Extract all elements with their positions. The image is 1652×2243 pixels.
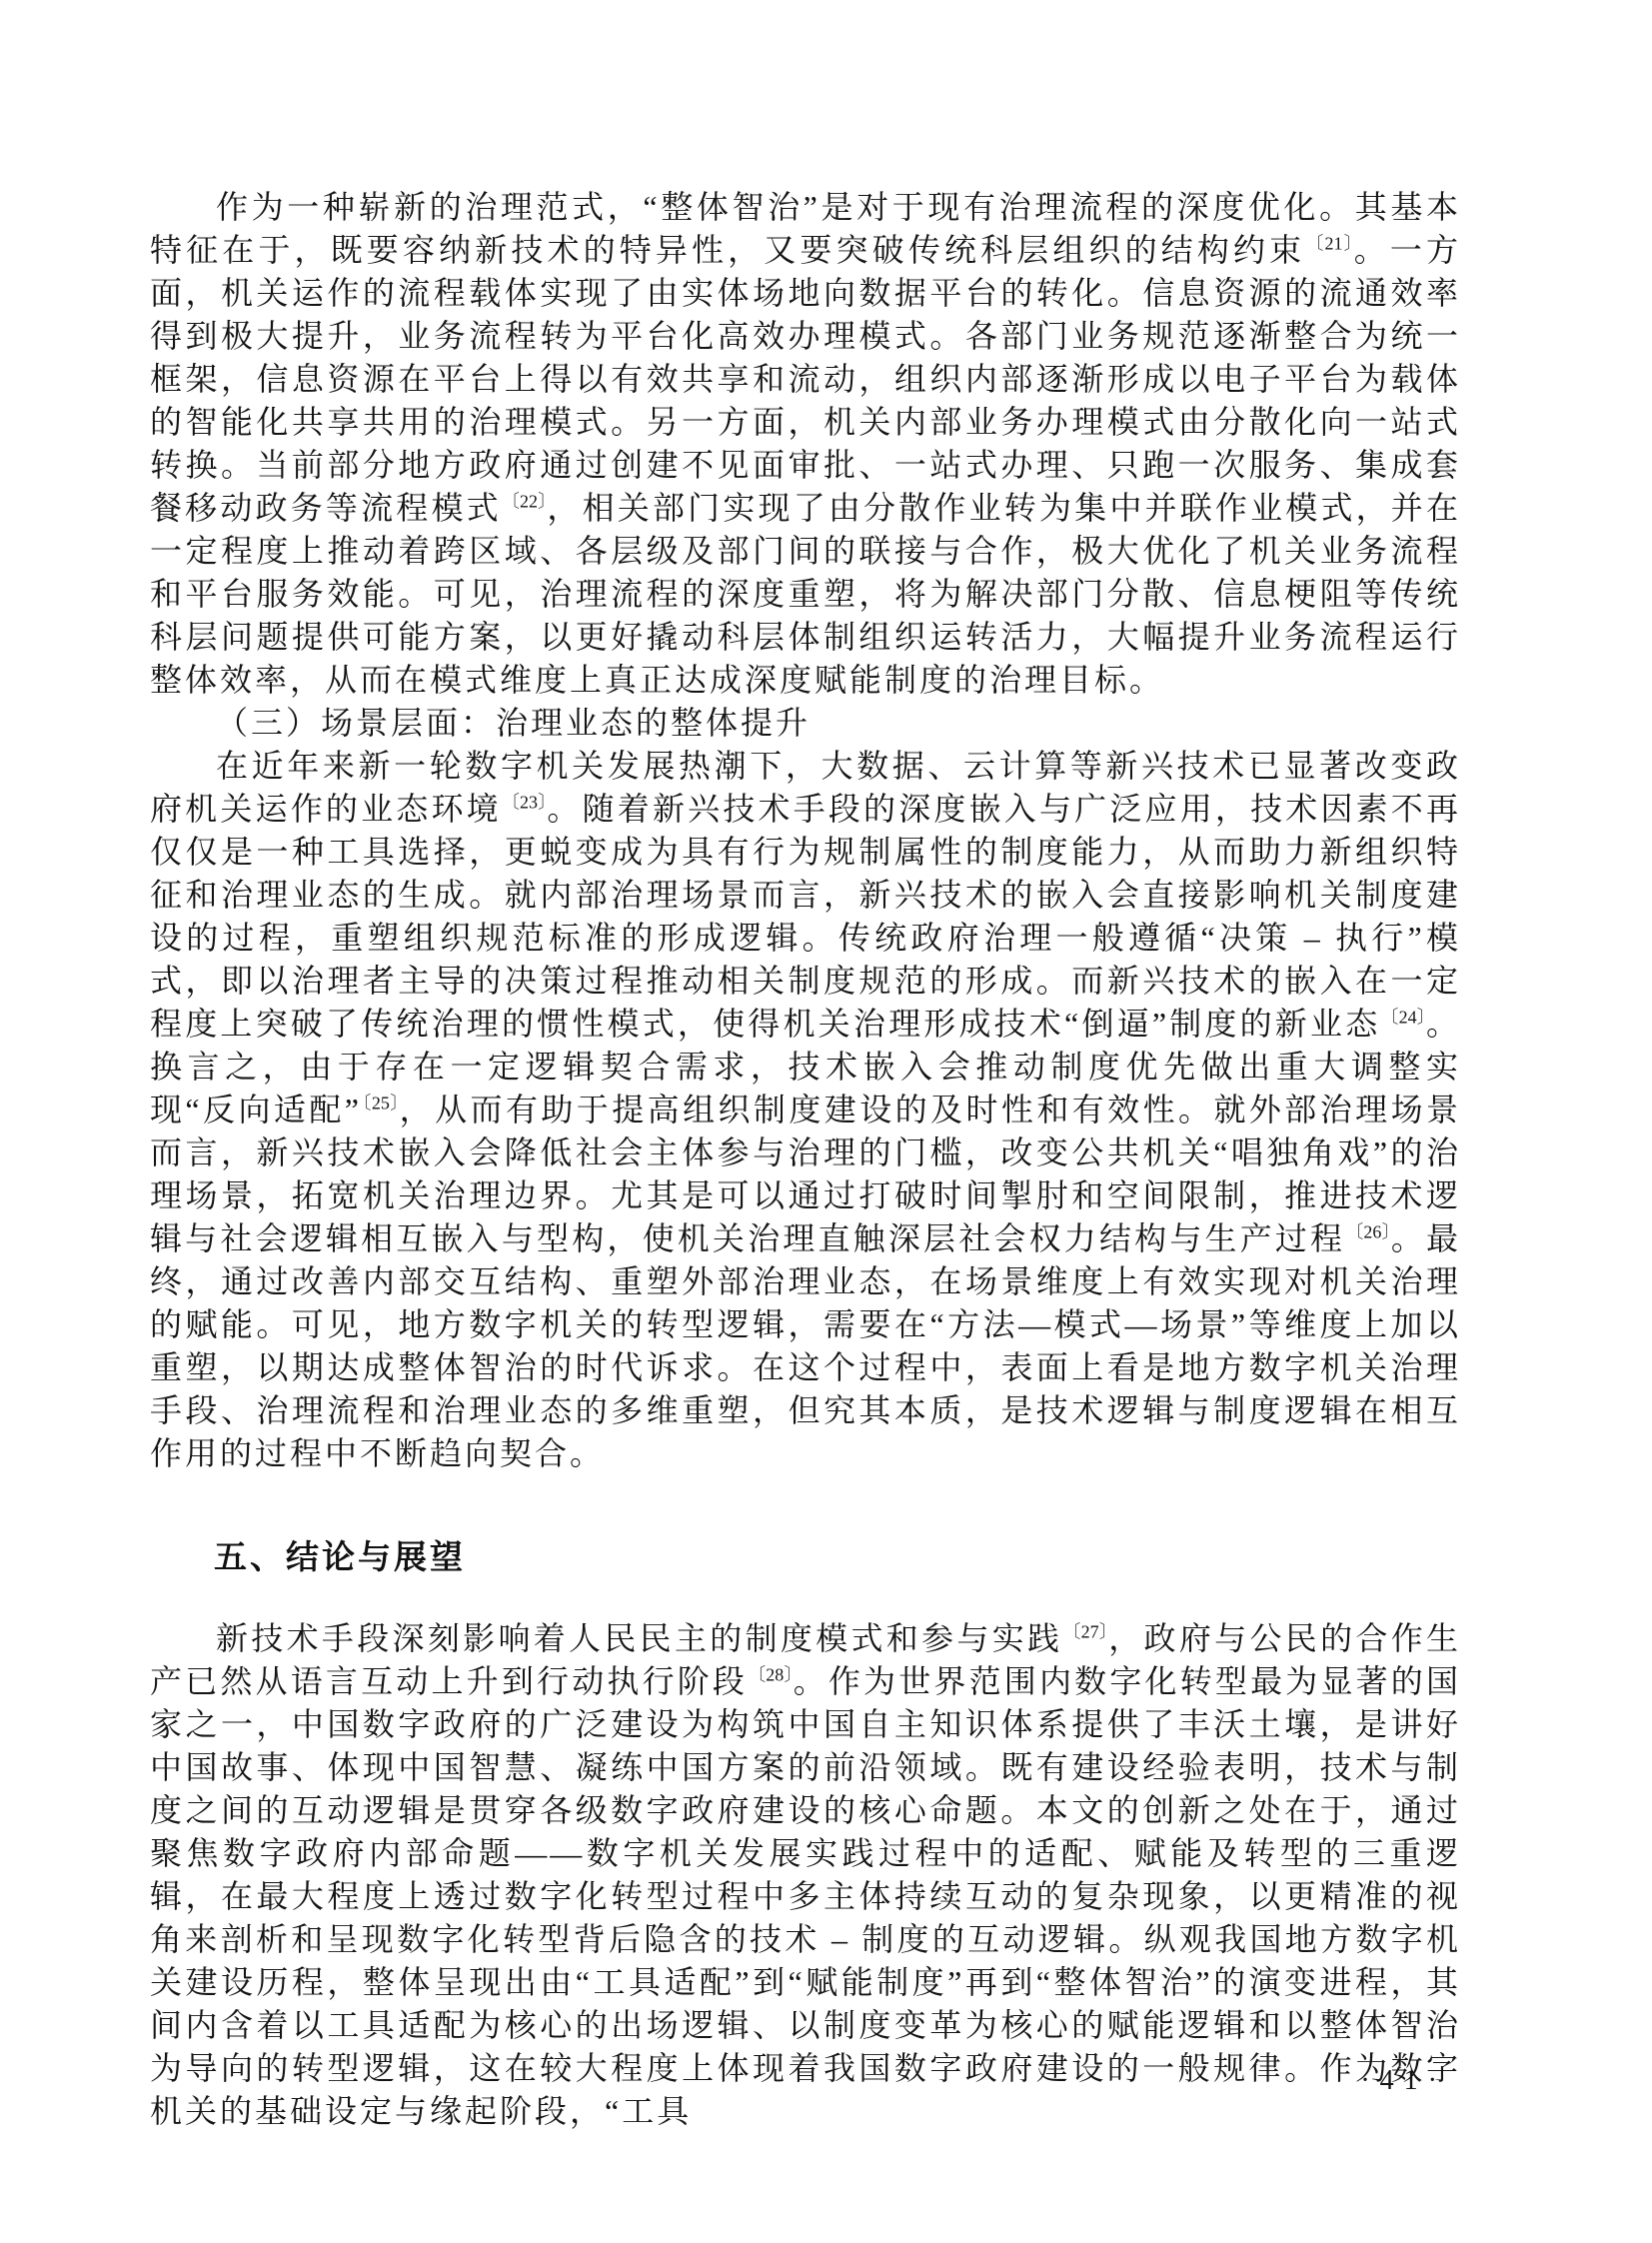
journal-page: 作为一种崭新的治理范式，“整体智治”是对于现有治理流程的深度优化。其基本特征在于… [0,0,1652,2243]
citation-ref: 〔25〕 [362,1093,400,1113]
citation-ref: 〔24〕 [1380,1007,1426,1027]
paragraph-3: 在近年来新一轮数字机关发展热潮下，大数据、云计算等新兴技术已显著改变政府机关运作… [150,745,1461,1475]
paragraph-1: 作为一种崭新的治理范式，“整体智治”是对于现有治理流程的深度优化。其基本特征在于… [150,186,1461,702]
citation-ref: 〔26〕 [1345,1221,1391,1241]
citation-ref: 〔22〕 [502,491,548,511]
paragraph-5: 新技术手段深刻影响着人民民主的制度模式和参与实践〔27〕，政府与公民的合作生产已… [150,1617,1461,2133]
page-number: ·41· [1360,2065,1447,2097]
article-body: 作为一种崭新的治理范式，“整体智治”是对于现有治理流程的深度优化。其基本特征在于… [150,186,1461,2133]
subheading-2: （三）场景层面：治理业态的整体提升 [150,702,1461,745]
citation-ref: 〔21〕 [1305,233,1353,253]
citation-ref: 〔28〕 [748,1664,794,1684]
citation-ref: 〔23〕 [502,792,548,812]
citation-ref: 〔27〕 [1062,1621,1108,1641]
heading-4: 五、结论与展望 [150,1533,1461,1581]
